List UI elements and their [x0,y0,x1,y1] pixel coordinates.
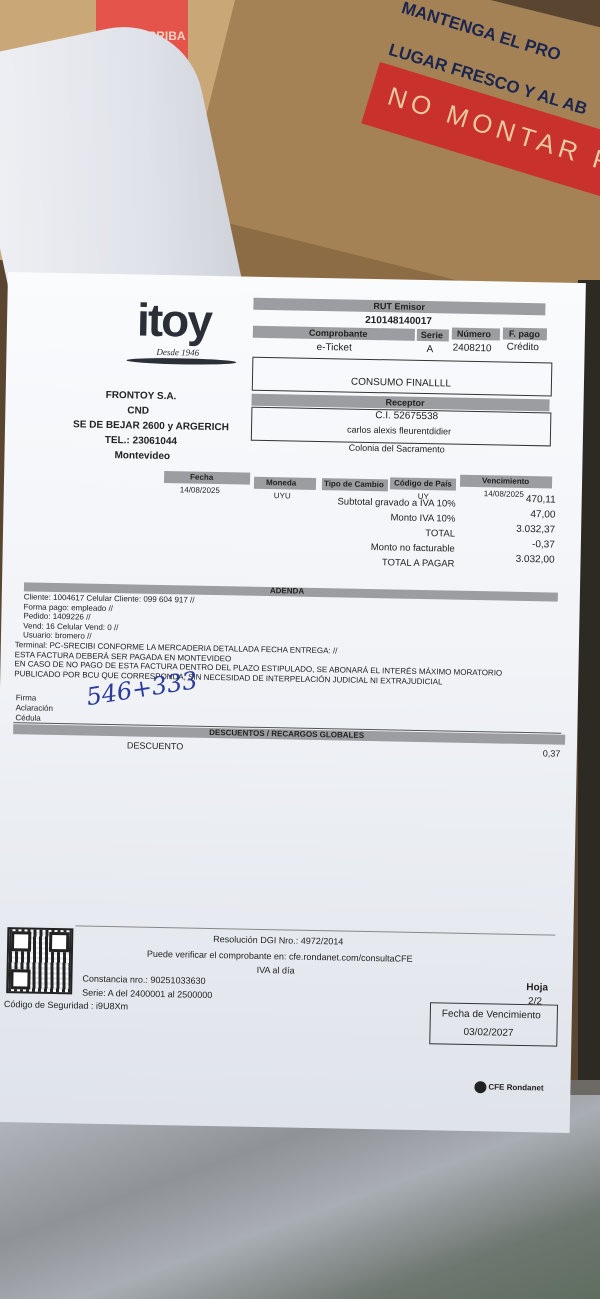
fpago-value: Crédito [507,342,539,354]
firma-label: Firma [16,693,37,702]
logo-swoosh-icon [126,357,236,365]
receptor-ci: C.I. 52675538 [375,410,438,422]
adenda-line: Usuario: bromero // [23,631,92,641]
totals-value: 470,11 [526,494,556,506]
qr-code-icon [6,927,73,994]
invoice-paper: itoy Desde 1946 FRONTOY S.A. CND SE DE B… [0,272,586,1133]
brand-text: CFE Rondanet [488,1082,543,1092]
cedula-label: Cédula [15,713,41,722]
descuento-value: 0,37 [543,748,561,758]
emisor-city: Montevideo [114,450,170,462]
emisor-address: SE DE BEJAR 2600 y ARGERICH [73,419,229,433]
company-logo: itoy [137,292,212,347]
vencimiento-value: 14/08/2025 [484,489,524,499]
rut-label: RUT Emisor [373,301,425,312]
adenda-line: Pedido: 1409226 // [23,612,90,622]
serie-value: A [426,344,433,355]
verificar-link[interactable]: Puede verificar el comprobante en: cfe.r… [147,949,413,964]
emisor-cnd: CND [127,405,149,416]
comprobante-label: Comprobante [309,328,368,339]
consumo-box [252,357,553,397]
totals-value: 47,00 [530,509,555,520]
codigo-seguridad: Código de Seguridad : i9U8Xm [4,999,128,1011]
serie-rango: Serie: A del 2400001 al 2500000 [82,988,212,1000]
moneda-label: Moneda [266,478,296,488]
rut-value: 210148140017 [365,315,432,327]
serie-label: Serie [421,330,443,340]
receptor-name: carlos alexis fleurentdidier [347,425,451,437]
totals-label: Monto no facturable [371,542,455,555]
totals-value: 3.032,37 [516,524,555,536]
totals-value: 3.032,00 [516,554,555,566]
fpago-label: F. pago [509,329,540,340]
constancia-nro: Constancia nro.: 90251033630 [82,974,205,986]
totals-label: TOTAL [425,528,455,540]
fecha-label: Fecha [190,473,213,482]
receptor-city: Colonia del Sacramento [349,443,445,455]
consumo-value: CONSUMO FINALLLL [351,377,451,390]
codigo-pais-label: Código de País [394,478,452,488]
moneda-value: UYU [274,491,291,500]
cfe-rondanet-brand: CFE Rondanet [474,1081,543,1094]
emisor-phone: TEL.: 23061044 [105,435,177,447]
comprobante-value: e-Ticket [317,342,352,354]
totals-value: -0,37 [532,539,555,550]
rondanet-logo-icon [474,1081,486,1093]
fecha-value: 14/08/2025 [180,485,220,495]
footer-divider [75,925,555,935]
totals-label: TOTAL A PAGAR [382,557,455,569]
iva-al-dia: IVA al día [257,965,295,976]
numero-label: Número [457,329,491,340]
totals-label: Subtotal gravado a IVA 10% [337,496,455,509]
tipo-cambio-label: Tipo de Cambio [324,479,384,489]
descuento-label: DESCUENTO [127,740,184,751]
numero-value: 2408210 [453,343,492,355]
vencimiento-label: Vencimiento [482,476,529,486]
aclaracion-label: Aclaración [16,703,54,713]
logo-tagline: Desde 1946 [156,347,199,358]
totals-label: Monto IVA 10% [390,512,455,524]
fecha-vencimiento-value: 03/02/2027 [463,1027,513,1039]
resolucion-dgi: Resolución DGI Nro.: 4972/2014 [213,934,343,946]
adenda-title: ADENDA [270,586,304,596]
fecha-vencimiento-label: Fecha de Vencimiento [442,1008,541,1021]
emisor-name: FRONTOY S.A. [106,390,177,402]
receptor-label: Receptor [385,397,424,408]
hoja-label: Hoja [526,982,548,993]
